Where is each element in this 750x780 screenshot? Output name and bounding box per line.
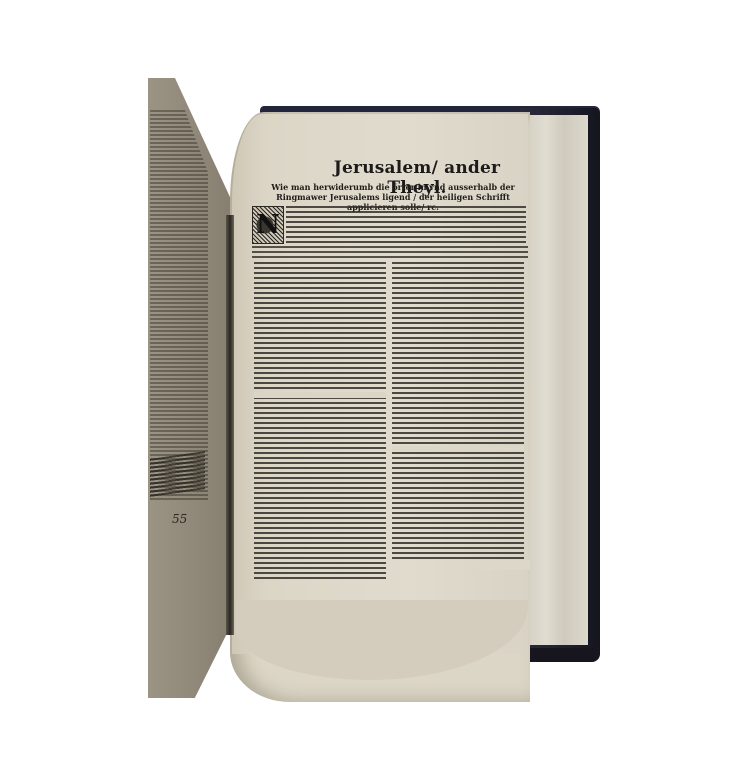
intro-paragraph-lines: Vn ists an dem das wir durch dasselbig E… bbox=[286, 206, 526, 246]
book-gutter bbox=[226, 215, 234, 635]
text-column-left bbox=[254, 262, 386, 582]
paragraph-break bbox=[254, 392, 386, 398]
intro-paragraph-continuation bbox=[252, 246, 528, 258]
decorated-initial-letter: N bbox=[252, 206, 284, 244]
left-page-text-block bbox=[150, 110, 208, 500]
page-edges-stack bbox=[528, 115, 588, 645]
left-page-footnote-block bbox=[150, 451, 205, 499]
left-page-number: 55 bbox=[172, 512, 187, 526]
book-photo: 55 Jerusalem/ ander Theyl. Wie man herwi… bbox=[0, 0, 750, 780]
paragraph-break bbox=[392, 446, 524, 451]
text-column-right bbox=[392, 262, 524, 562]
column-end-space bbox=[470, 560, 530, 570]
